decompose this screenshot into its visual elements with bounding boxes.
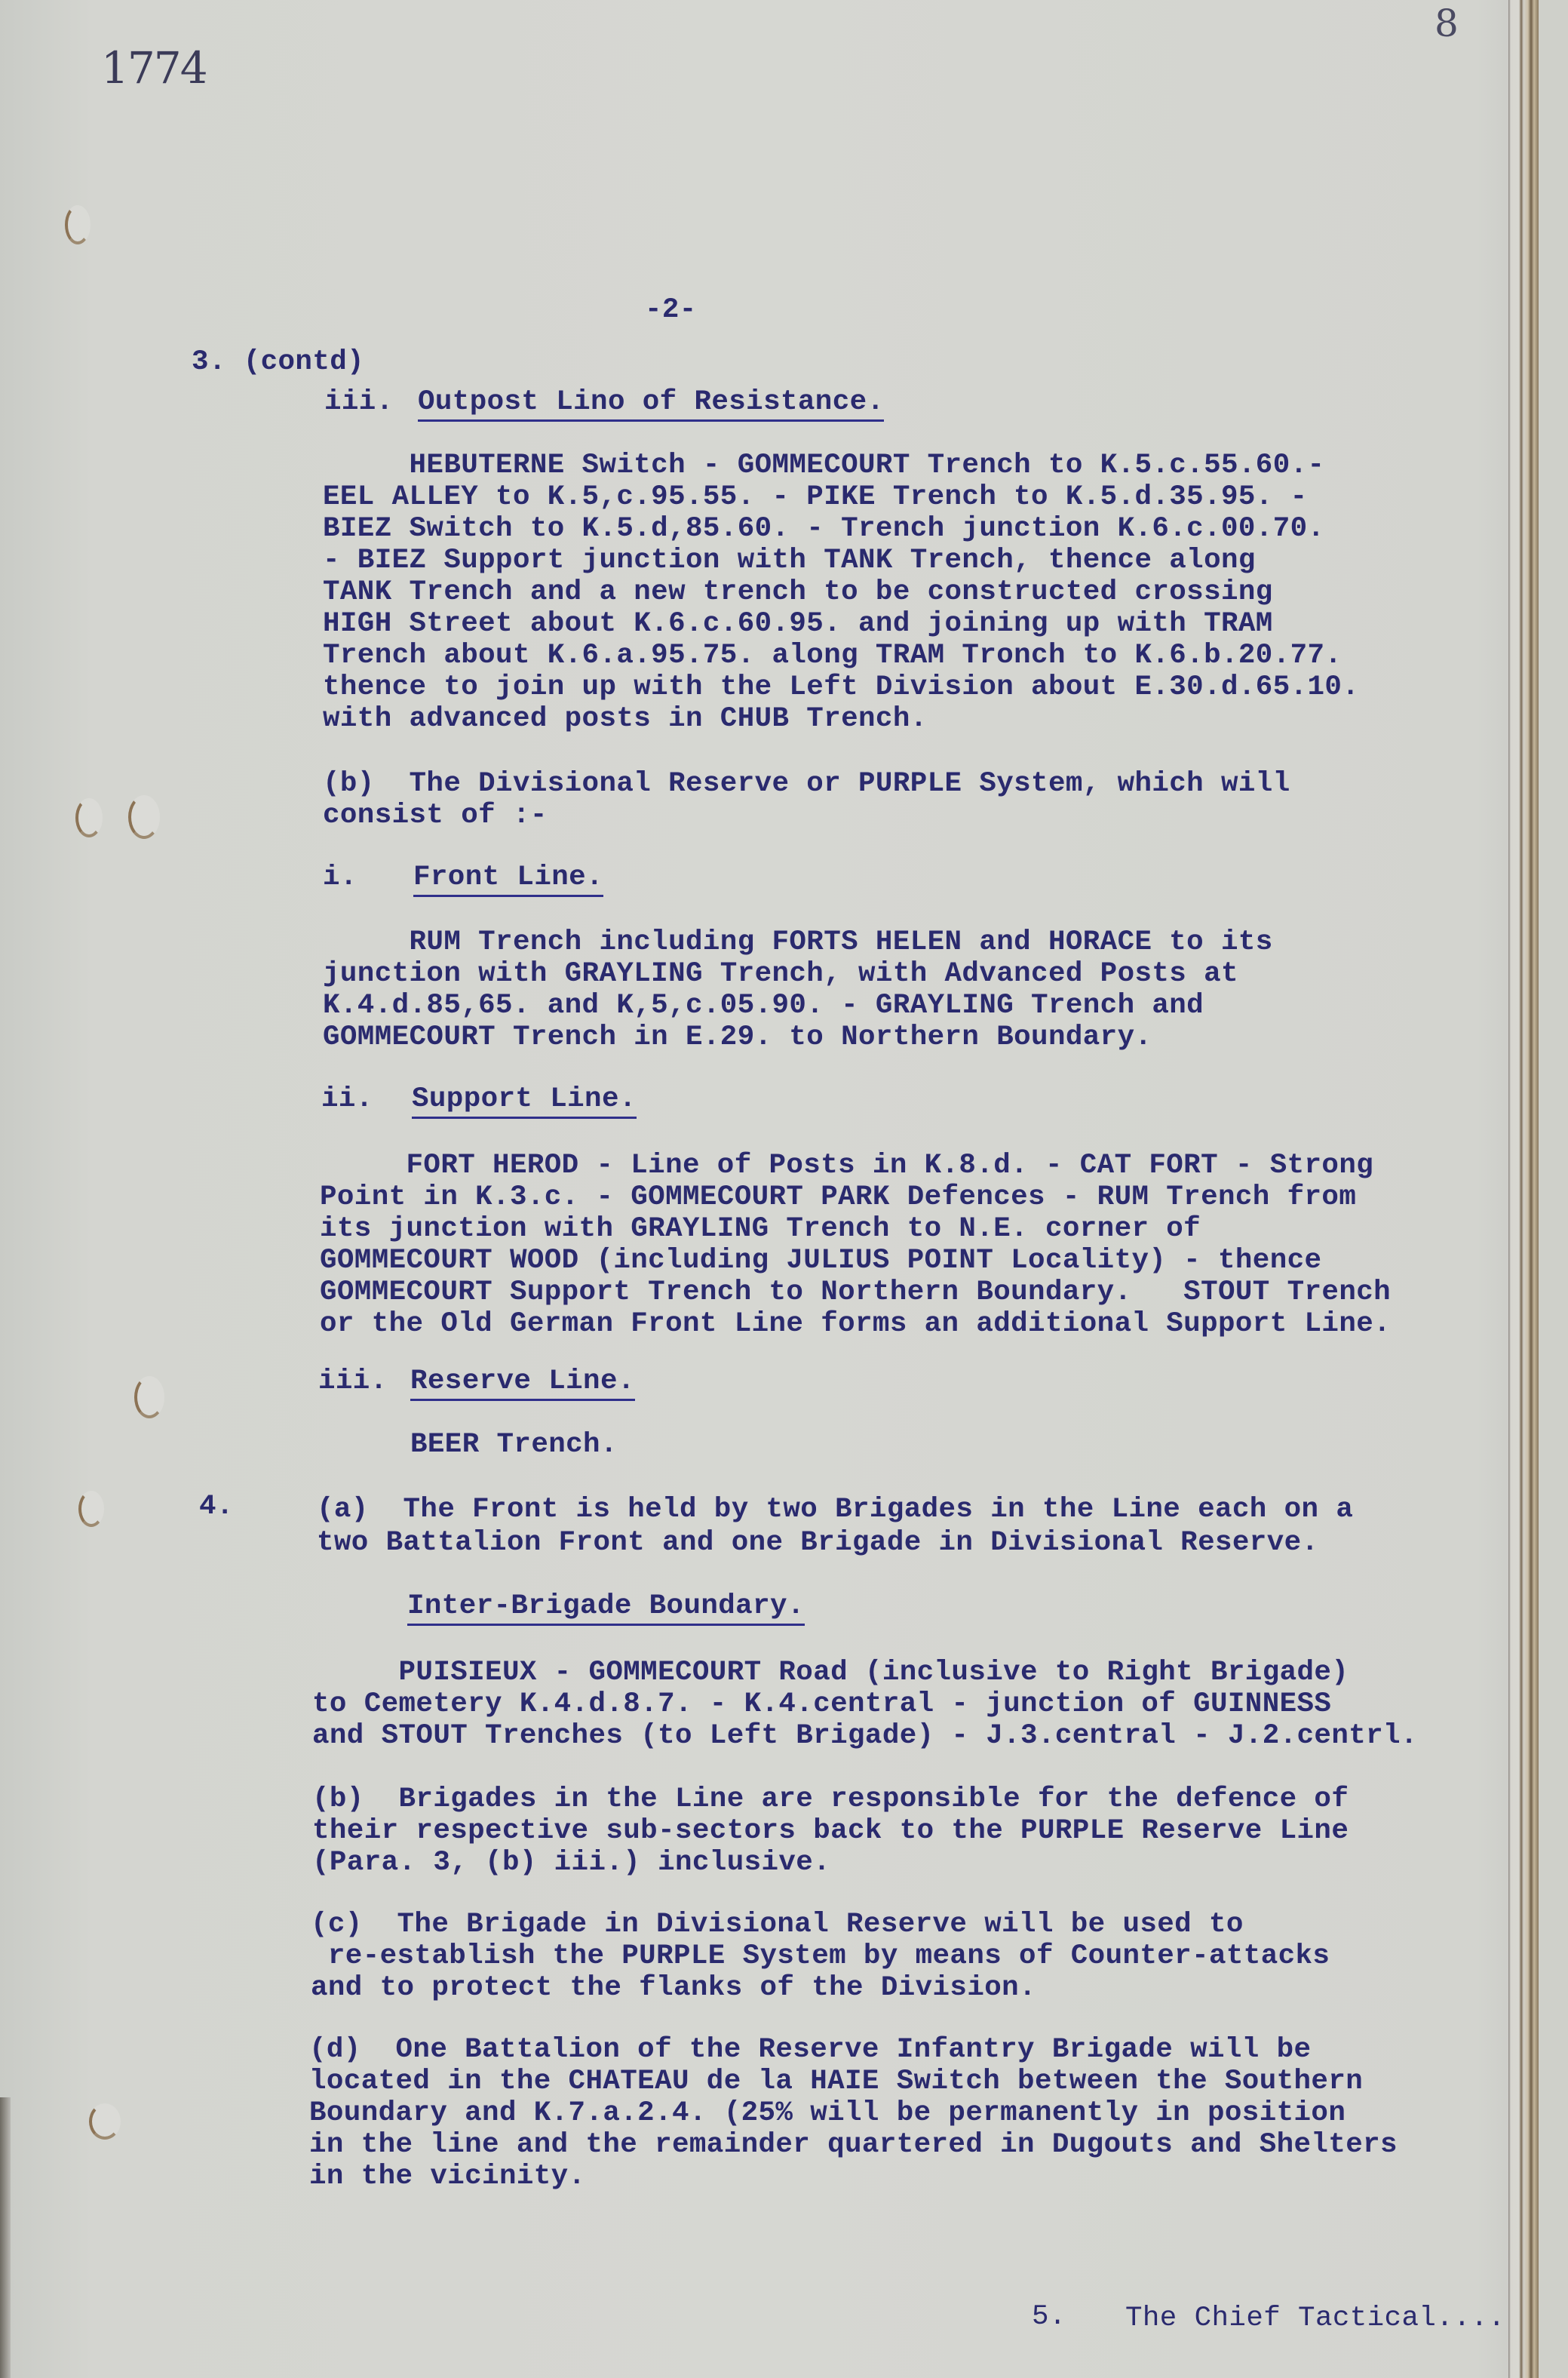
text-line: - BIEZ Support junction with TANK Trench…: [323, 545, 1256, 576]
page-marker: -2-: [645, 294, 697, 326]
text-line: FORT HEROD - Line of Posts in K.8.d. - C…: [320, 1150, 1373, 1181]
text-line: two Battalion Front and one Brigade in D…: [317, 1527, 1318, 1559]
page-edge-shadow: [0, 2097, 11, 2378]
punch-hole: [75, 798, 103, 837]
text-line: GOMMECOURT Support Trench to Northern Bo…: [320, 1277, 1391, 1308]
boundary-heading: Inter-Brigade Boundary.: [407, 1590, 805, 1626]
catchword-number: 5.: [1032, 2301, 1066, 2333]
folio-number: 1774: [101, 42, 207, 94]
text-line: GOMMECOURT WOOD (including JULIUS POINT …: [320, 1245, 1321, 1277]
punch-hole: [78, 1491, 104, 1527]
text-line: in the vicinity.: [309, 2161, 585, 2192]
text-line: to Cemetery K.4.d.8.7. - K.4.central - j…: [312, 1688, 1331, 1720]
text-line: HIGH Street about K.6.c.60.95. and joini…: [323, 608, 1273, 640]
text-line: TANK Trench and a new trench to be const…: [323, 576, 1273, 608]
text-line: in the line and the remainder quartered …: [309, 2129, 1398, 2161]
subsection-numeral: iii.: [324, 386, 394, 418]
text-line: re-establish the PURPLE System by means …: [311, 1940, 1330, 1972]
section-heading: 3. (contd): [192, 346, 364, 378]
text-line: (Para. 3, (b) iii.) inclusive.: [312, 1847, 830, 1879]
punch-hole: [128, 795, 160, 839]
sheet-number: 8: [1435, 2, 1459, 45]
paragraph-number: 4.: [199, 1491, 234, 1522]
punch-hole: [89, 2103, 121, 2140]
text-line: HEBUTERNE Switch - GOMMECOURT Trench to …: [323, 450, 1324, 481]
subsection-title-front-line: Front Line.: [413, 862, 603, 897]
text-line: thence to join up with the Left Division…: [323, 671, 1359, 703]
reserve-line-body: BEER Trench.: [410, 1429, 618, 1461]
text-line: or the Old German Front Line forms an ad…: [320, 1308, 1391, 1340]
text-line: RUM Trench including FORTS HELEN and HOR…: [323, 926, 1273, 958]
text-line: (b) The Divisional Reserve or PURPLE Sys…: [323, 768, 1290, 800]
text-line: junction with GRAYLING Trench, with Adva…: [323, 958, 1238, 990]
punch-hole: [134, 1376, 164, 1418]
subsection-title-reserve-line: Reserve Line.: [410, 1366, 635, 1401]
text-line: GOMMECOURT Trench in E.29. to Northern B…: [323, 1022, 1152, 1053]
subsection-title-support-line: Support Line.: [412, 1083, 637, 1119]
text-line: EEL ALLEY to K.5,c.95.55. - PIKE Trench …: [323, 481, 1308, 513]
text-line: BIEZ Switch to K.5.d,85.60. - Trench jun…: [323, 513, 1324, 545]
text-line: and to protect the flanks of the Divisio…: [311, 1972, 1036, 2004]
text-line: its junction with GRAYLING Trench to N.E…: [320, 1213, 1201, 1245]
text-line: and STOUT Trenches (to Left Brigade) - J…: [312, 1720, 1418, 1752]
text-line: located in the CHATEAU de la HAIE Switch…: [309, 2066, 1363, 2097]
text-line: Trench about K.6.a.95.75. along TRAM Tro…: [323, 640, 1342, 671]
text-line: (d) One Battalion of the Reserve Infantr…: [309, 2034, 1311, 2066]
text-line: Boundary and K.7.a.2.4. (25% will be per…: [309, 2097, 1346, 2129]
text-line: K.4.d.85,65. and K,5,c.05.90. - GRAYLING…: [323, 990, 1204, 1022]
text-line: with advanced posts in CHUB Trench.: [323, 703, 928, 735]
text-line: their respective sub-sectors back to the…: [312, 1815, 1349, 1847]
subsection-numeral: ii.: [321, 1083, 373, 1115]
text-line: consist of :-: [323, 800, 548, 831]
subsection-numeral: iii.: [318, 1366, 388, 1397]
subsection-title-outpost: Outpost Lino of Resistance.: [418, 386, 884, 422]
text-line: (a) The Front is held by two Brigades in…: [317, 1494, 1353, 1525]
text-line: (b) Brigades in the Line are responsible…: [312, 1783, 1349, 1815]
text-line: PUISIEUX - GOMMECOURT Road (inclusive to…: [312, 1657, 1349, 1688]
subsection-numeral: i.: [323, 862, 357, 893]
text-line: Point in K.3.c. - GOMMECOURT PARK Defenc…: [320, 1181, 1356, 1213]
document-page: 1774 8 -2- 3. (contd) iii. Outpost Lino …: [0, 0, 1539, 2378]
text-line: (c) The Brigade in Divisional Reserve wi…: [311, 1909, 1244, 1940]
catchword-text: The Chief Tactical....: [1125, 2303, 1505, 2334]
punch-hole: [65, 205, 91, 244]
binder-edge: [1508, 0, 1539, 2378]
